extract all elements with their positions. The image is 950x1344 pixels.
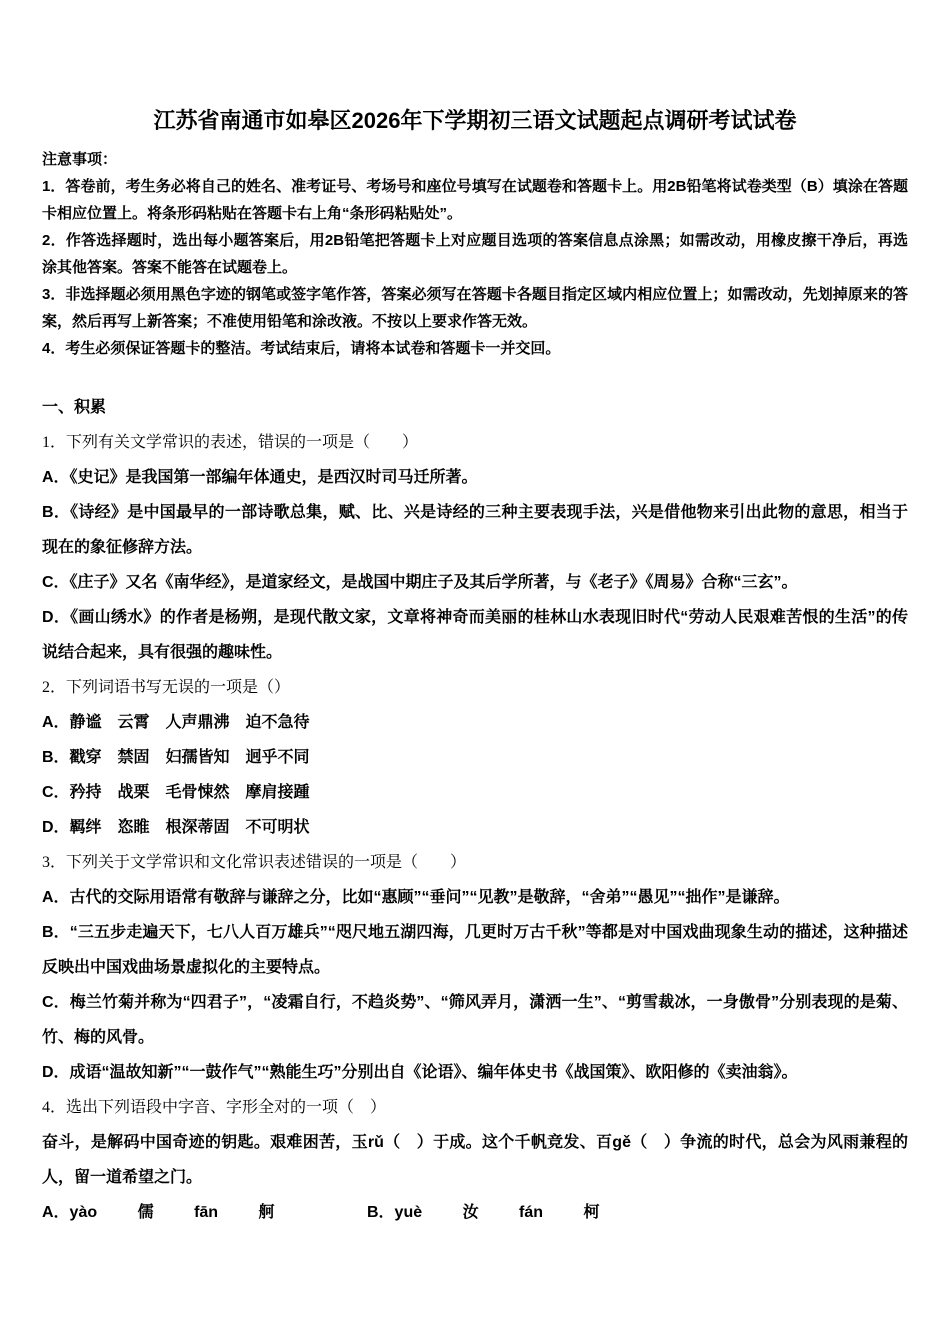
question-3-option-c: C．梅兰竹菊并称为“四君子”，“凌霜自行，不趋炎势”、“筛风弄月，潇洒一生”、“… — [42, 985, 908, 1055]
question-1-stem: 1．下列有关文学常识的表述，错误的一项是（ ） — [42, 425, 908, 460]
question-4-passage: 奋斗，是解码中国奇迹的钥匙。艰难困苦，玉rǔ（ ）于成。这个千帆竞发、百gě（ … — [42, 1125, 908, 1195]
question-1-option-c: C．《庄子》又名《南华经》，是道家经文，是战国中期庄子及其后学所著，与《老子》《… — [42, 565, 908, 600]
notice-heading: 注意事项： — [42, 146, 908, 173]
question-1-option-a: A．《史记》是我国第一部编年体通史，是西汉时司马迁所著。 — [42, 460, 908, 495]
question-4-stem: 4．选出下列语段中字音、字形全对的一项（ ） — [42, 1090, 908, 1125]
notice-item: 2．作答选择题时，选出每小题答案后，用2B铅笔把答题卡上对应题目选项的答案信息点… — [42, 227, 908, 281]
notice-item: 4．考生必须保证答题卡的整洁。考试结束后，请将本试卷和答题卡一并交回。 — [42, 335, 908, 362]
question-4-option-row: A．yào 儒 fān 舸 B．yuè 汝 fán 柯 — [42, 1195, 908, 1230]
page-title: 江苏省南通市如皋区2026年下学期初三语文试题起点调研考试试卷 — [42, 106, 908, 136]
question-2-option-c: C．矜持 战栗 毛骨悚然 摩肩接踵 — [42, 775, 908, 810]
question-3: 3．下列关于文学常识和文化常识表述错误的一项是（ ） A．古代的交际用语常有敬辞… — [42, 845, 908, 1090]
exam-paper-page: 江苏省南通市如皋区2026年下学期初三语文试题起点调研考试试卷 注意事项： 1．… — [0, 0, 950, 1344]
question-3-option-a: A．古代的交际用语常有敬辞与谦辞之分，比如“惠顾”“垂问”“见教”是敬辞，“舍弟… — [42, 880, 908, 915]
notice-item: 3．非选择题必须用黑色字迹的钢笔或签字笔作答，答案必须写在答题卡各题目指定区域内… — [42, 281, 908, 335]
question-4-option-b-char-1: 汝 — [463, 1195, 479, 1230]
question-4-option-b-label: B．yuè — [367, 1195, 422, 1230]
question-4-option-a-char-2: 舸 — [259, 1195, 275, 1230]
question-3-stem: 3．下列关于文学常识和文化常识表述错误的一项是（ ） — [42, 845, 908, 880]
question-4-option-b-pinyin: fán — [519, 1195, 543, 1230]
notice-item: 1．答卷前，考生务必将自己的姓名、准考证号、考场号和座位号填写在试题卷和答题卡上… — [42, 173, 908, 227]
question-1: 1．下列有关文学常识的表述，错误的一项是（ ） A．《史记》是我国第一部编年体通… — [42, 425, 908, 670]
question-1-option-d: D．《画山绣水》的作者是杨朔，是现代散文家，文章将神奇而美丽的桂林山水表现旧时代… — [42, 600, 908, 670]
question-3-option-d: D．成语“温故知新”“一鼓作气”“熟能生巧”分别出自《论语》、编年体史书《战国策… — [42, 1055, 908, 1090]
question-2-option-b: B．戳穿 禁固 妇孺皆知 迥乎不同 — [42, 740, 908, 775]
question-2-stem: 2．下列词语书写无误的一项是（） — [42, 670, 908, 705]
question-4: 4．选出下列语段中字音、字形全对的一项（ ） 奋斗，是解码中国奇迹的钥匙。艰难困… — [42, 1090, 908, 1230]
question-3-option-b: B．“三五步走遍天下，七八人百万雄兵”“咫尺地五湖四海，几更时万古千秋”等都是对… — [42, 915, 908, 985]
question-4-option-a-char-1: 儒 — [138, 1195, 154, 1230]
questions-section: 一、积累 1．下列有关文学常识的表述，错误的一项是（ ） A．《史记》是我国第一… — [42, 390, 908, 1230]
section-heading: 一、积累 — [42, 390, 908, 425]
notice-section: 注意事项： 1．答卷前，考生务必将自己的姓名、准考证号、考场号和座位号填写在试题… — [42, 146, 908, 362]
question-4-option-a-pinyin: fān — [194, 1195, 218, 1230]
question-2-option-d: D．羁绊 恣睢 根深蒂固 不可明状 — [42, 810, 908, 845]
question-4-option-b-char-2: 柯 — [584, 1195, 600, 1230]
question-2: 2．下列词语书写无误的一项是（） A．静谧 云霄 人声鼎沸 迫不急待 B．戳穿 … — [42, 670, 908, 845]
question-4-option-a-label: A．yào — [42, 1195, 97, 1230]
question-2-option-a: A．静谧 云霄 人声鼎沸 迫不急待 — [42, 705, 908, 740]
question-1-option-b: B．《诗经》是中国最早的一部诗歌总集，赋、比、兴是诗经的三种主要表现手法，兴是借… — [42, 495, 908, 565]
